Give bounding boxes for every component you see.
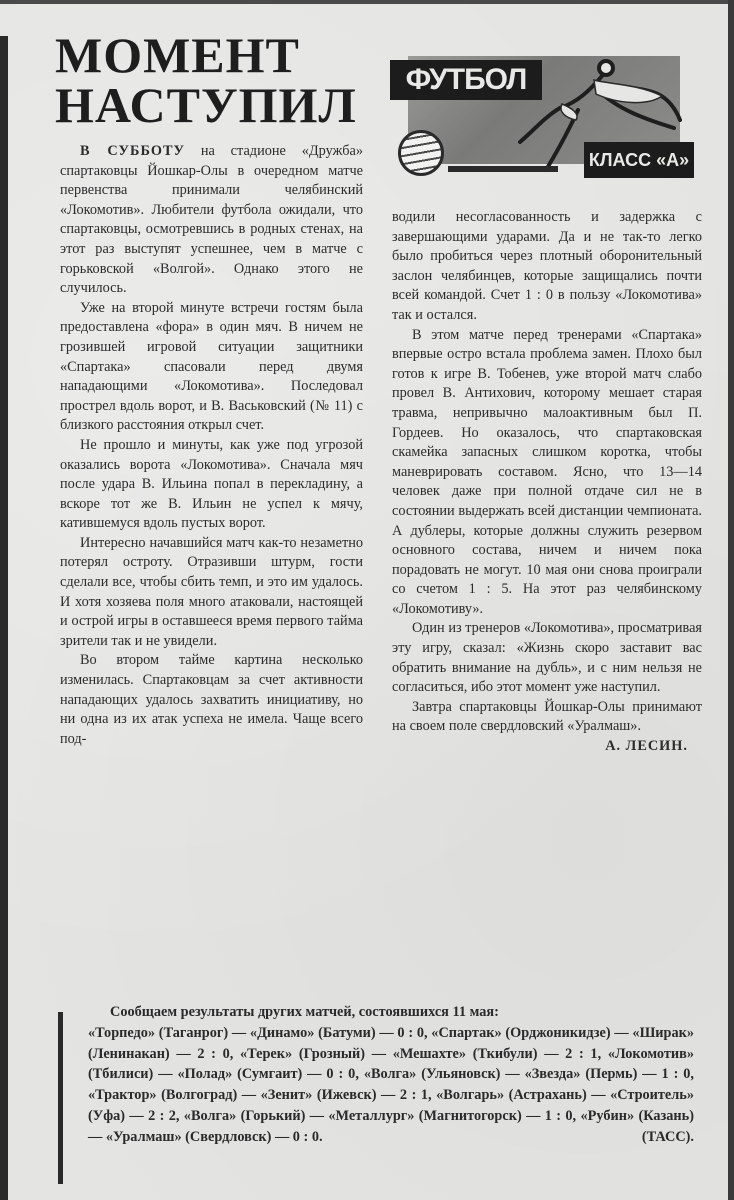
rubric-subtitle: КЛАСС «А» (584, 142, 694, 178)
article-paragraph: В СУББОТУ на стадионе «Дружба» спартаков… (60, 142, 363, 299)
article-column-right: водили несогласованность и задержка с за… (392, 208, 702, 757)
results-intro: Сообщаем результаты других матчей, состо… (88, 1002, 694, 1023)
article-paragraph: Уже на второй минуте встречи гостям была… (60, 299, 363, 436)
results-side-bar (58, 1012, 63, 1184)
results-matches: «Торпедо» (Таганрог) — «Динамо» (Батуми)… (88, 1025, 694, 1145)
results-source: (ТАСС). (642, 1127, 694, 1148)
rubric-title: ФУТБОЛ (390, 60, 542, 100)
paragraph-text: на стадионе «Дружба» спартаковцы Йошкар-… (60, 143, 363, 296)
article-column-left: В СУББОТУ на стадионе «Дружба» спартаков… (60, 142, 363, 749)
author-signature: А. ЛЕСИН. (392, 737, 702, 757)
article-paragraph: В этом матче перед тренерами «Спартака» … (392, 326, 702, 620)
football-ball-icon (398, 130, 444, 176)
article-paragraph: Не прошло и минуты, как уже под угрозой … (60, 436, 363, 534)
newspaper-page: МОМЕНТ НАСТУПИЛ ФУТБОЛ КЛАСС «А» В СУББО… (0, 0, 734, 1200)
headline-line-2: НАСТУПИЛ (55, 80, 375, 130)
article-paragraph: Один из тренеров «Локомотива», просматри… (392, 619, 702, 697)
rubric-logo: ФУТБОЛ КЛАСС «А» (388, 50, 700, 172)
article-headline: МОМЕНТ НАСТУПИЛ (55, 30, 375, 130)
top-rule (0, 0, 734, 4)
rubric-stripe (448, 166, 558, 172)
lead-caps: В СУББОТУ (80, 143, 185, 159)
right-column-rule (728, 0, 734, 1200)
article-paragraph: водили несогласованность и задержка с за… (392, 208, 702, 326)
results-text: Сообщаем результаты других матчей, состо… (88, 1002, 694, 1148)
other-results-box: Сообщаем результаты других матчей, состо… (58, 1000, 694, 1190)
article-paragraph: Завтра спартаковцы Йошкар-Олы принимают … (392, 698, 702, 737)
headline-line-1: МОМЕНТ (55, 30, 375, 80)
article-paragraph: Интересно начавшийся матч как-то незамет… (60, 534, 363, 652)
article-paragraph: Во втором тайме картина несколько измени… (60, 651, 363, 749)
left-column-rule (0, 36, 8, 1200)
